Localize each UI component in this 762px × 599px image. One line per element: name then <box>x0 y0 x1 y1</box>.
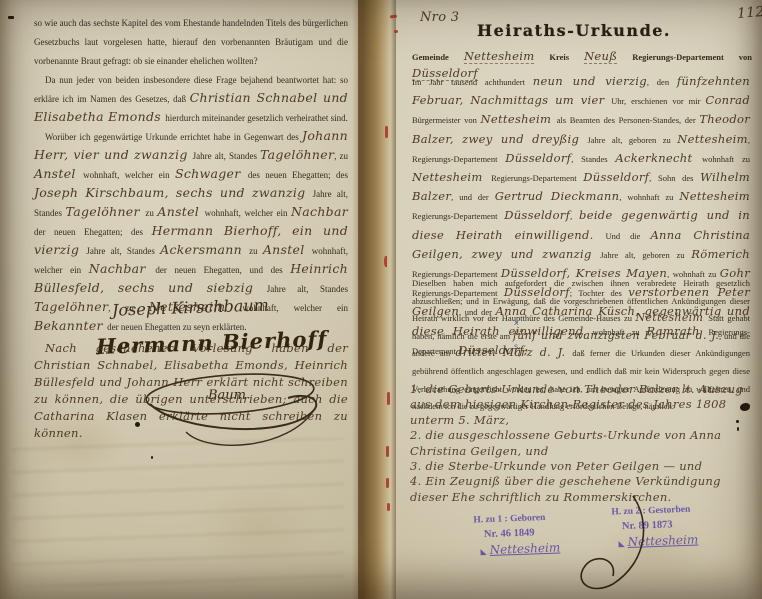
pen-flourish <box>555 492 665 597</box>
page-number: 112 <box>737 4 762 22</box>
attachments-list: 1. die Geburts-Urkunde von Theodor Balze… <box>410 382 754 505</box>
red-margin-mark <box>394 30 398 33</box>
left-page: so wie auch das sechste Kapitel des vom … <box>0 0 358 599</box>
blue-pencil-mark: s <box>514 342 518 351</box>
stamp-born-header: H. zu 1 : Geboren <box>473 513 559 526</box>
ink-bleedthrough <box>12 438 344 586</box>
book-gutter <box>352 0 400 599</box>
document-title: Heiraths-Urkunde. <box>396 21 752 40</box>
red-margin-mark <box>387 392 390 405</box>
stamp-corner-icon: ◣ <box>480 547 486 556</box>
red-margin-mark <box>386 478 389 488</box>
left-paragraph-closing: so wie auch das sechste Kapitel des vom … <box>34 13 348 70</box>
ink-spot <box>736 420 739 423</box>
stamp-born: H. zu 1 : Geboren Nr. 46 1849 ◣Netteshei… <box>473 513 560 558</box>
red-margin-mark <box>387 503 390 511</box>
ink-spot <box>737 427 739 431</box>
stamp-born-number: Nr. 46 1849 <box>484 527 560 541</box>
blue-pencil-mark: x <box>514 318 519 327</box>
ink-spot <box>8 16 14 19</box>
red-margin-mark <box>386 446 389 457</box>
red-margin-mark <box>385 126 388 138</box>
stamp-born-place: ◣Nettesheim <box>480 540 560 557</box>
left-paragraph-declaration: Da nun jeder von beiden insbesondere die… <box>34 70 348 127</box>
red-margin-mark <box>384 256 387 267</box>
ink-spot <box>151 456 153 459</box>
ink-spot <box>135 422 140 427</box>
stamp-born-place-text: Nettesheim <box>489 540 560 556</box>
book-scan: so wie auch das sechste Kapitel des vom … <box>0 0 762 599</box>
